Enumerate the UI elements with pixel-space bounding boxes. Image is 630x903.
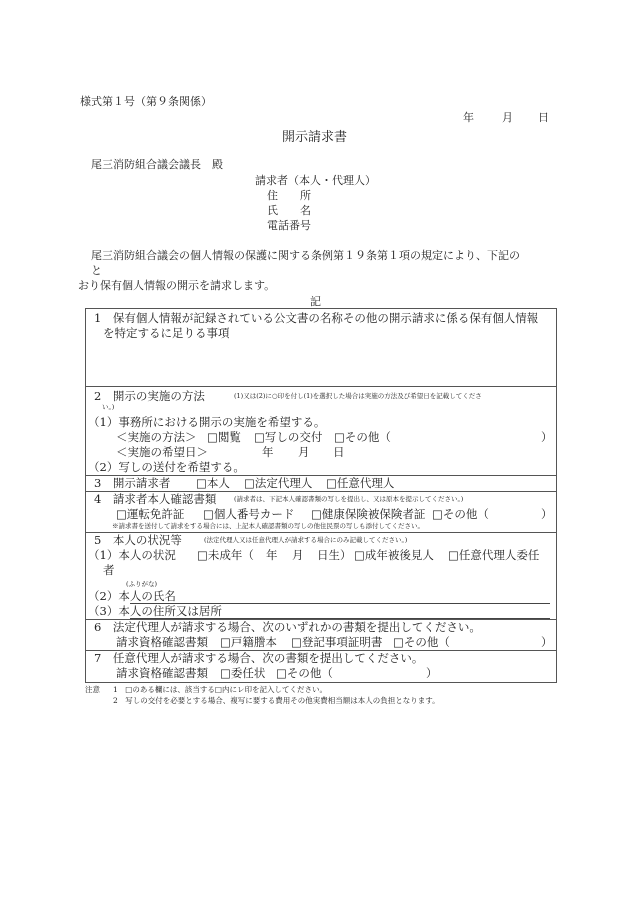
request-table: 1 保有個人情報が記録されている公文書の名称その他の開示請求に係る保有個人情報 …	[85, 308, 557, 683]
section-2-option-2[interactable]: （2）写しの送付を希望する。	[88, 460, 245, 475]
id-doc-insurance[interactable]: □健康保険被保険者証	[311, 507, 425, 522]
intro-line-1: 尾三消防組合議会の個人情報の保護に関する条例第１９条第１項の規定により、下記の	[91, 249, 520, 263]
section-2-option-1: （1）事務所における開示の実施を希望する。	[88, 415, 325, 430]
date-year-label: 年	[463, 111, 474, 125]
section-7-doc-label: 請求資格確認書類	[116, 666, 208, 681]
id-doc-mynumber[interactable]: □個人番号カード	[203, 507, 294, 522]
note-1: 1 □のある欄には、該当する□内にレ印を記入してください。	[113, 685, 327, 695]
id-doc-license[interactable]: □運転免許証	[116, 507, 184, 522]
section-2-heading: 2 開示の実施の方法	[94, 389, 205, 404]
note-2: 2 写しの交付を必要とする場合、複写に要する費用その他実費相当額は本人の負担とな…	[113, 696, 440, 706]
section-2-note: (1)又は(2)に○印を付し(1)を選択した場合は実施の方法及び希望日を記載して…	[234, 392, 482, 401]
intro-line-1-wrap: と	[91, 264, 102, 278]
section-1-line-2: を特定するに足りる事項	[103, 326, 230, 341]
section-6-doc-label: 請求資格確認書類	[116, 635, 208, 650]
section-2-note-wrap: い。)	[102, 403, 114, 412]
desired-date-year[interactable]: 年	[262, 445, 274, 460]
status-minor[interactable]: □未成年（	[197, 548, 254, 563]
section-4-heading: 4 請求者本人確認書類	[94, 492, 216, 507]
principal-address-label: （3）本人の住所又は居所	[88, 604, 222, 619]
id-doc-other[interactable]: □その他（	[432, 507, 489, 522]
voluntary-doc-other-close: ）	[426, 666, 438, 681]
section-5-heading: 5 本人の状況等	[94, 533, 182, 548]
section-4-note: (請求者は、下記本人確認書類の写しを提出し、又は原本を提示してください。)	[234, 495, 463, 504]
notes-label: 注意	[85, 685, 100, 695]
desired-date-month[interactable]: 月	[298, 445, 310, 460]
voluntary-doc-other[interactable]: □その他（	[276, 666, 333, 681]
status-adult-ward[interactable]: □成年被後見人	[354, 548, 434, 563]
voluntary-doc-power-of-attorney[interactable]: □委任状	[220, 666, 265, 681]
status-birth-year: 年	[266, 548, 278, 563]
requester-type-self[interactable]: □本人	[196, 476, 230, 491]
status-wrap: 者	[103, 563, 115, 578]
method-checkbox-view[interactable]: □閲覧	[207, 430, 241, 445]
intro-line-2: おり保有個人情報の開示を請求します。	[78, 279, 275, 293]
desired-date-day[interactable]: 日	[333, 445, 345, 460]
section-5-note: (法定代理人又は任意代理人が請求する場合にのみ記載してください。)	[204, 536, 407, 545]
legal-doc-koseki[interactable]: □戸籍謄本	[220, 635, 277, 650]
ki-heading: 記	[310, 295, 321, 309]
requester-address-label: 住 所	[267, 189, 311, 203]
section-4-footnote: ※請求書を送付して請求をする場合には、上記本人確認書類の写しの他住民票の写しも添…	[112, 522, 424, 531]
principal-status-label: （1）本人の状況	[88, 548, 176, 563]
section-6-heading: 6 法定代理人が請求する場合、次のいずれかの書類を提出してください。	[94, 620, 481, 635]
furigana-label: (ふりがな)	[126, 580, 157, 589]
principal-name-label: （2）本人の氏名	[88, 589, 176, 604]
section-7-heading: 7 任意代理人が請求する場合、次の書類を提出してください。	[94, 651, 423, 666]
method-label: ＜実施の方法＞	[116, 430, 197, 445]
legal-doc-registry[interactable]: □登記事項証明書	[291, 635, 382, 650]
legal-doc-other[interactable]: □その他（	[393, 635, 450, 650]
desired-date-label: ＜実施の希望日＞	[116, 445, 208, 460]
id-doc-other-close: ）	[541, 507, 553, 522]
legal-doc-other-close: ）	[541, 635, 553, 650]
method-checkbox-other[interactable]: □その他（	[334, 430, 391, 445]
method-checkbox-copy[interactable]: □写しの交付	[254, 430, 322, 445]
date-month-label: 月	[502, 111, 513, 125]
page-title: 開示請求書	[282, 126, 347, 145]
section-3-heading: 3 開示請求者	[94, 476, 170, 491]
section-1-line-1: 1 保有個人情報が記録されている公文書の名称その他の開示請求に係る保有個人情報	[94, 311, 538, 326]
divider	[86, 386, 556, 387]
status-voluntary-principal[interactable]: □任意代理人委任	[448, 548, 539, 563]
requester-name-label: 氏 名	[267, 204, 311, 218]
addressee: 尾三消防組合議会議長 殿	[91, 158, 223, 172]
form-number: 様式第１号（第９条関係）	[80, 95, 212, 109]
method-other-close: ）	[541, 430, 553, 445]
date-day-label: 日	[538, 111, 549, 125]
requester-phone-label: 電話番号	[267, 219, 311, 233]
requester-label: 請求者（本人・代理人）	[255, 174, 376, 188]
status-birth-month: 月	[292, 548, 304, 563]
status-birth-day: 日生）	[317, 548, 352, 563]
requester-type-voluntary[interactable]: □任意代理人	[326, 476, 394, 491]
requester-type-legal[interactable]: □法定代理人	[244, 476, 312, 491]
